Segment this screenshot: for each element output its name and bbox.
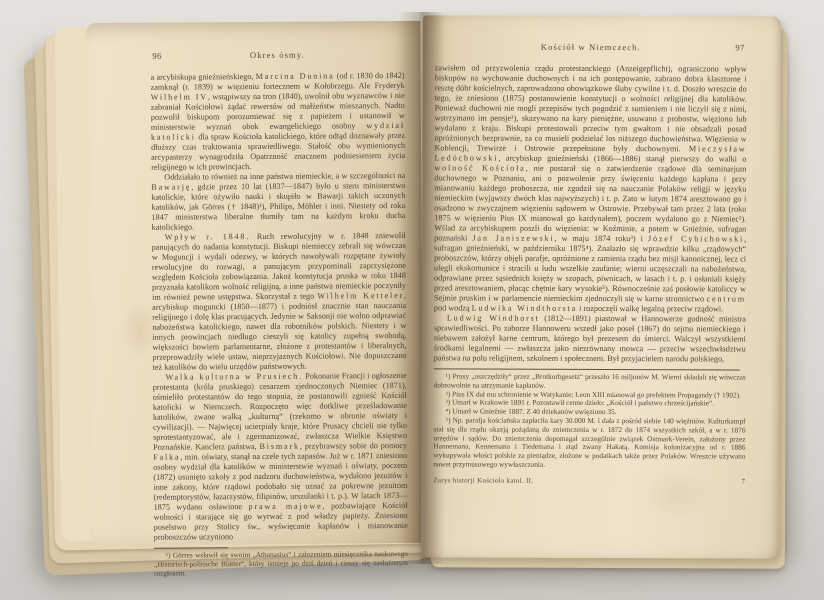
body-text: i rozpoczęli walkę legalną przeciw rządo…	[577, 304, 723, 314]
emphasized-text: Wilhelm IV	[151, 92, 208, 101]
paragraph: Wpływ r. 1848. Ruch rewolucyjny w r. 184…	[152, 231, 407, 373]
emphasized-text: Wpływ r. 1848.	[165, 232, 251, 242]
footnote: ¹) Görres wsławił się swoim „Athanasius“…	[154, 550, 408, 578]
paragraph: zawisłem od przyzwolenia rządu protestan…	[434, 63, 747, 314]
signature-number: 7	[741, 477, 745, 485]
page-number-right: 97	[735, 42, 744, 52]
body-text: pod wodzą	[434, 303, 472, 312]
book-series-title: Zarys historji Kościoła katol. II.	[433, 476, 533, 484]
emphasized-text: centrum	[707, 294, 746, 303]
body-text: , przybrawszy sobie do pomocy	[300, 441, 407, 451]
paragraph: Oddziałało to również na inne państwa ni…	[151, 171, 405, 233]
emphasized-text: Bismark	[260, 442, 300, 451]
emphasized-text: prawa majowe	[248, 502, 322, 512]
running-head-left: Okres ósmy.	[150, 49, 404, 61]
left-page: 96 Okres ósmy. a arcybiskupa gnieźnieńsk…	[86, 21, 424, 545]
body-text: , arcybiskup gnieźnieński (1866—1886) st…	[498, 154, 746, 164]
paragraph: Ludwig Windhorst (1812—1891) piastował w…	[434, 313, 746, 364]
emphasized-text: Walka kulturna w Prusiech.	[166, 372, 303, 382]
footnote-rule	[434, 368, 740, 370]
emphasized-text: Ludwig Windhorst	[447, 313, 540, 322]
body-text: , sufragan gnieźnieński, w październiku …	[434, 234, 746, 303]
right-page: Kościół w Niemczech. 97 zawisłem od przy…	[421, 15, 781, 558]
paragraph: a arcybiskupa gnieźnieńskiego, Marcina D…	[151, 71, 406, 173]
body-text: Pokonanie Francji i ogłoszenie protestan…	[153, 371, 407, 452]
body-text: a arcybiskupa gnieźnieńskiego,	[151, 72, 256, 82]
photo-background: 96 Okres ósmy. a arcybiskupa gnieźnieńsk…	[0, 0, 824, 600]
emphasized-text: Józef Cybichowski	[648, 234, 744, 243]
emphasized-text: Wilhelm Ketteler	[317, 291, 404, 301]
body-text: , w maju 1874 roku³) i	[554, 234, 648, 243]
emphasized-text: Jan Janiszewski	[472, 234, 554, 243]
emphasized-text: Falka	[153, 453, 180, 462]
left-page-header: 96 Okres ósmy.	[150, 49, 404, 65]
body-text: , arcybiskup moguncki (1850—1877) i podn…	[152, 291, 406, 372]
emphasized-text: Bawarję	[151, 182, 191, 191]
body-text: , nie postarał się o zatwierdzenie rządo…	[434, 164, 746, 243]
running-head-right: Kościół w Niemczech.	[435, 41, 747, 52]
footnote: ⁵) Np. parafja kościańska zapłaciła kary…	[433, 416, 745, 470]
emphasized-text: Marcina Dunina	[256, 71, 335, 81]
right-page-body: zawisłem od przyzwolenia rządu protestan…	[434, 63, 747, 364]
paragraph: Walka kulturna w Prusiech. Pokonanie Fra…	[153, 371, 408, 543]
footnote: ¹) Prusy „oszczędziły“ przez „Brotkorbge…	[434, 372, 746, 391]
emphasized-text: Ludwika Windthorsta	[472, 304, 577, 313]
left-page-footnotes: ¹) Görres wsławił się swoim „Athanasius“…	[154, 550, 408, 578]
right-page-header: Kościół w Niemczech. 97	[435, 41, 747, 56]
emphasized-text: wolność Kościoła	[434, 163, 525, 172]
page-footer: Zarys historji Kościoła katol. II. 7	[433, 476, 745, 485]
body-text: zawisłem od przyzwolenia rządu protestan…	[434, 63, 746, 153]
right-page-footnotes: ¹) Prusy „oszczędziły“ przez „Brotkorbge…	[433, 372, 745, 470]
left-page-body: a arcybiskupa gnieźnieńskiego, Marcina D…	[151, 71, 408, 543]
body-text: Oddziałało to również na inne państwa ni…	[164, 171, 405, 182]
